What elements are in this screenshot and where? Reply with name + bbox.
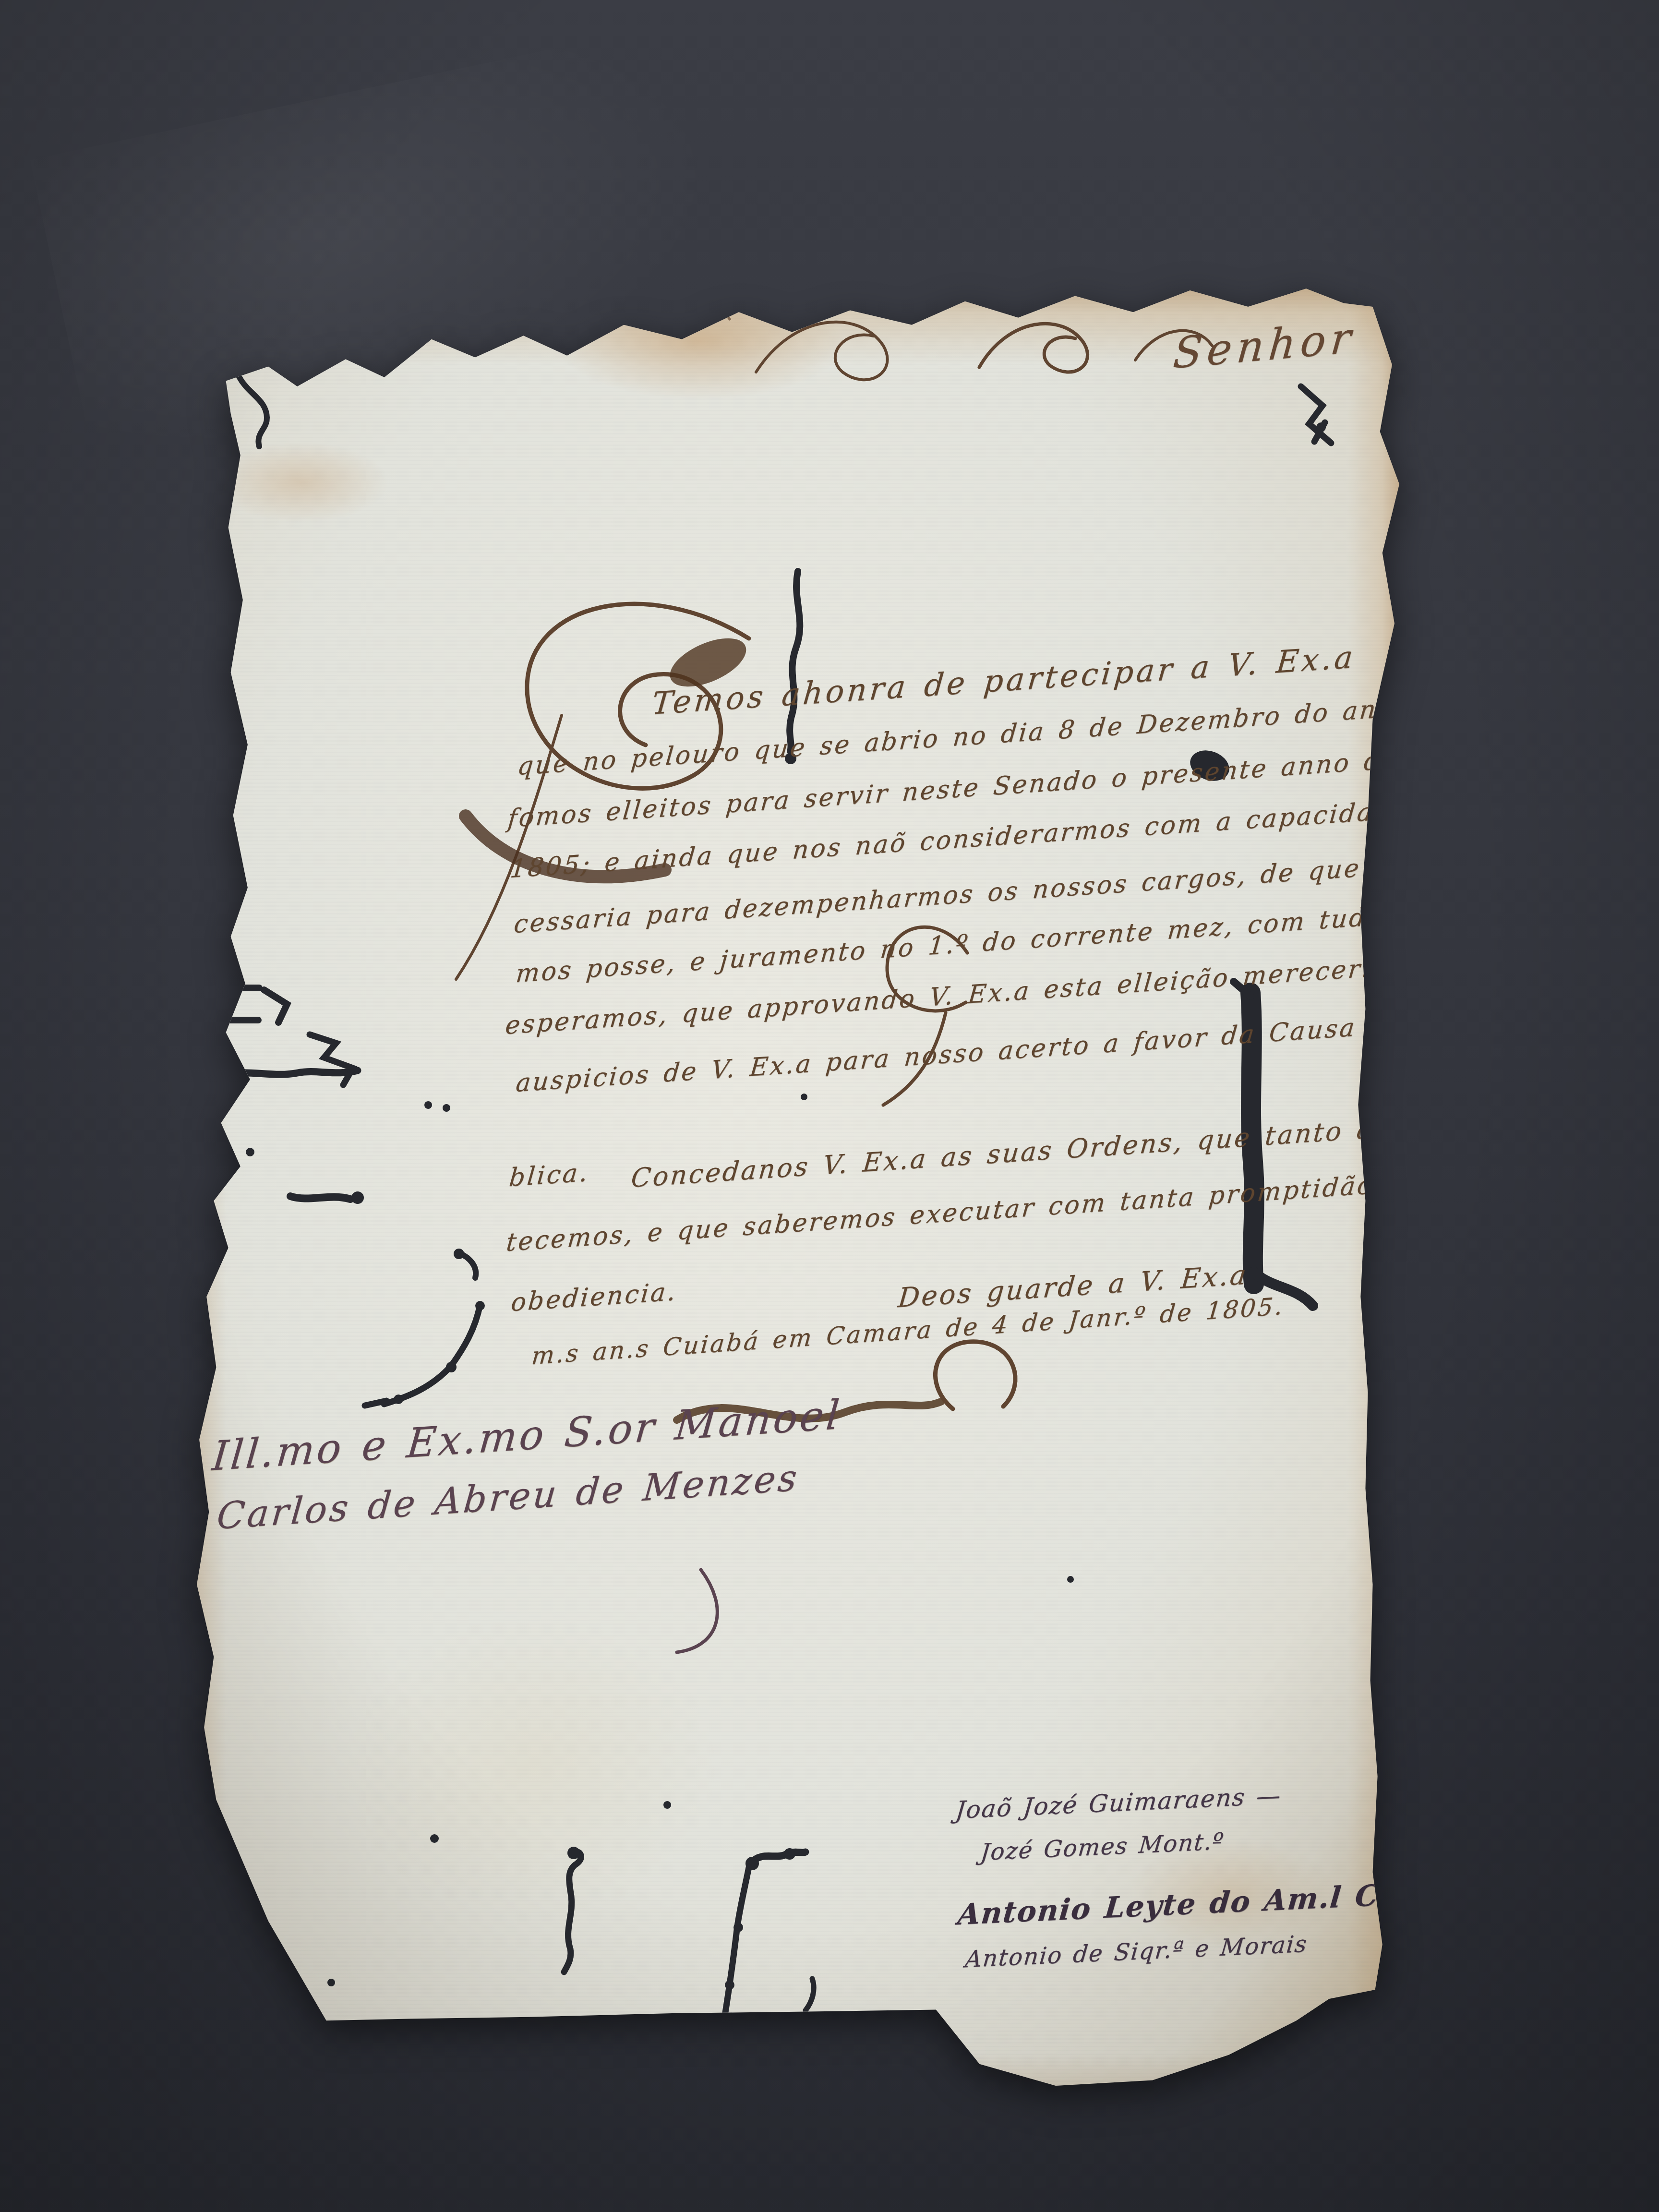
photograph-of-manuscript: Senhor Temos ahonra de partecipar a V. E…: [0, 0, 1659, 2212]
photo-vignette: [0, 0, 1659, 2212]
